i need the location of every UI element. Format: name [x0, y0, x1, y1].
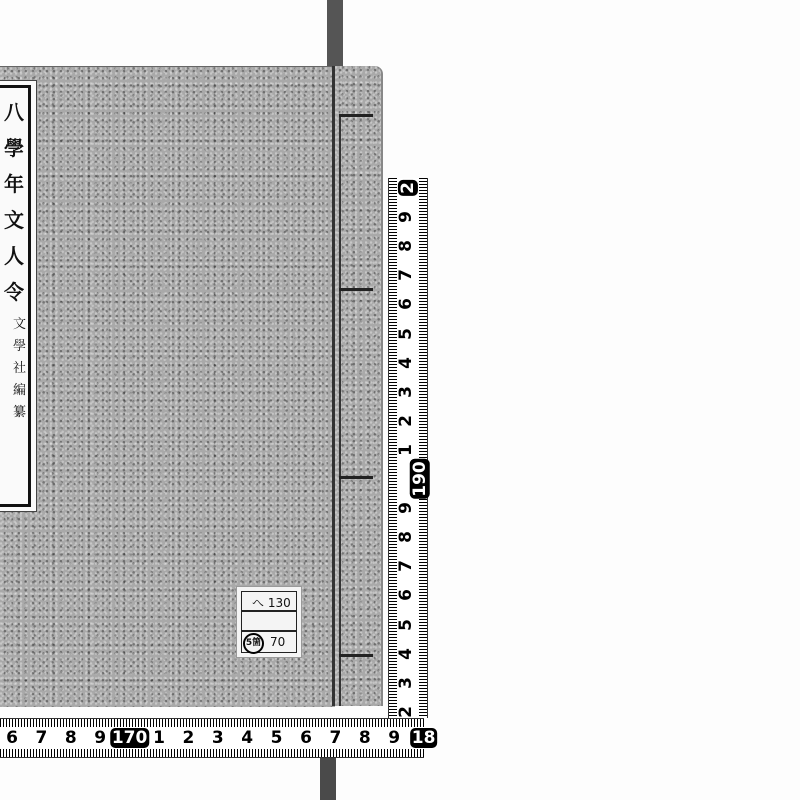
- ruler-label: 170: [110, 728, 150, 748]
- ruler-ticks: [419, 178, 427, 718]
- title-char: 八: [0, 94, 28, 130]
- ruler-label: 6: [396, 589, 416, 601]
- ruler-label: 4: [396, 648, 416, 660]
- ruler-label: 3: [396, 677, 416, 689]
- ruler-ticks: [0, 719, 424, 727]
- publisher-char: 學: [0, 336, 28, 358]
- ruler-label: 7: [396, 560, 416, 572]
- stamp-badge: 5箇: [243, 633, 264, 654]
- ruler-label: 9: [396, 502, 416, 514]
- ruler-label: 7: [329, 728, 341, 748]
- ruler-label: 3: [396, 386, 416, 398]
- stamp-number: 70: [270, 635, 285, 649]
- ruler-label: 1: [153, 728, 165, 748]
- ruler-label: 8: [359, 728, 371, 748]
- spine-edge-line: [339, 116, 341, 706]
- ruler-label: 6: [396, 298, 416, 310]
- ruler-label: 8: [65, 728, 77, 748]
- ruler-label: 5: [396, 619, 416, 631]
- ruler-label: 6: [300, 728, 312, 748]
- binding-thread: [339, 654, 373, 657]
- horizontal-ruler: 678917012345678918: [0, 718, 424, 758]
- binding-rod-bottom: [320, 752, 336, 800]
- stamp-blank-row: [241, 611, 297, 631]
- ruler-ticks: [0, 749, 424, 757]
- binding-thread: [339, 476, 373, 479]
- ruler-label: 2: [182, 728, 194, 748]
- binding-thread: [339, 288, 373, 291]
- title-char: 令: [0, 274, 28, 310]
- ruler-label: 9: [94, 728, 106, 748]
- ruler-label: 5: [396, 328, 416, 340]
- title-label: 八學年文人令 文學社編纂: [0, 80, 37, 512]
- ruler-label: 8: [396, 531, 416, 543]
- title-char: 年: [0, 166, 28, 202]
- ruler-label: 8: [396, 240, 416, 252]
- title-char: 文: [0, 202, 28, 238]
- book-title: 八學年文人令: [0, 88, 28, 310]
- publisher-text: 文學社編纂: [0, 314, 28, 424]
- publisher-char: 纂: [0, 402, 28, 424]
- ruler-label: 6: [6, 728, 18, 748]
- stamp-call-number: へ 130: [252, 594, 291, 611]
- binding-rod-top: [327, 0, 343, 68]
- ruler-label: 4: [396, 357, 416, 369]
- ruler-label: 2: [398, 180, 418, 196]
- library-stamp: へ 130 5箇 70: [236, 586, 302, 658]
- ruler-label: 9: [396, 211, 416, 223]
- vertical-ruler: 298765432119098765432: [388, 178, 428, 718]
- ruler-label: 190: [410, 459, 430, 499]
- ruler-label: 7: [35, 728, 47, 748]
- ruler-label: 1: [396, 444, 416, 456]
- binding-thread: [339, 114, 373, 117]
- ruler-label: 7: [396, 269, 416, 281]
- publisher-char: 文: [0, 314, 28, 336]
- title-char: 人: [0, 238, 28, 274]
- ruler-label: 3: [212, 728, 224, 748]
- ruler-label: 9: [388, 728, 400, 748]
- book-spine: [332, 66, 383, 706]
- publisher-char: 編: [0, 380, 28, 402]
- ruler-label: 4: [241, 728, 253, 748]
- ruler-label: 2: [396, 706, 416, 718]
- ruler-label: 2: [396, 415, 416, 427]
- title-char: 學: [0, 130, 28, 166]
- publisher-char: 社: [0, 358, 28, 380]
- ruler-label: 5: [271, 728, 283, 748]
- ruler-label: 18: [410, 728, 438, 748]
